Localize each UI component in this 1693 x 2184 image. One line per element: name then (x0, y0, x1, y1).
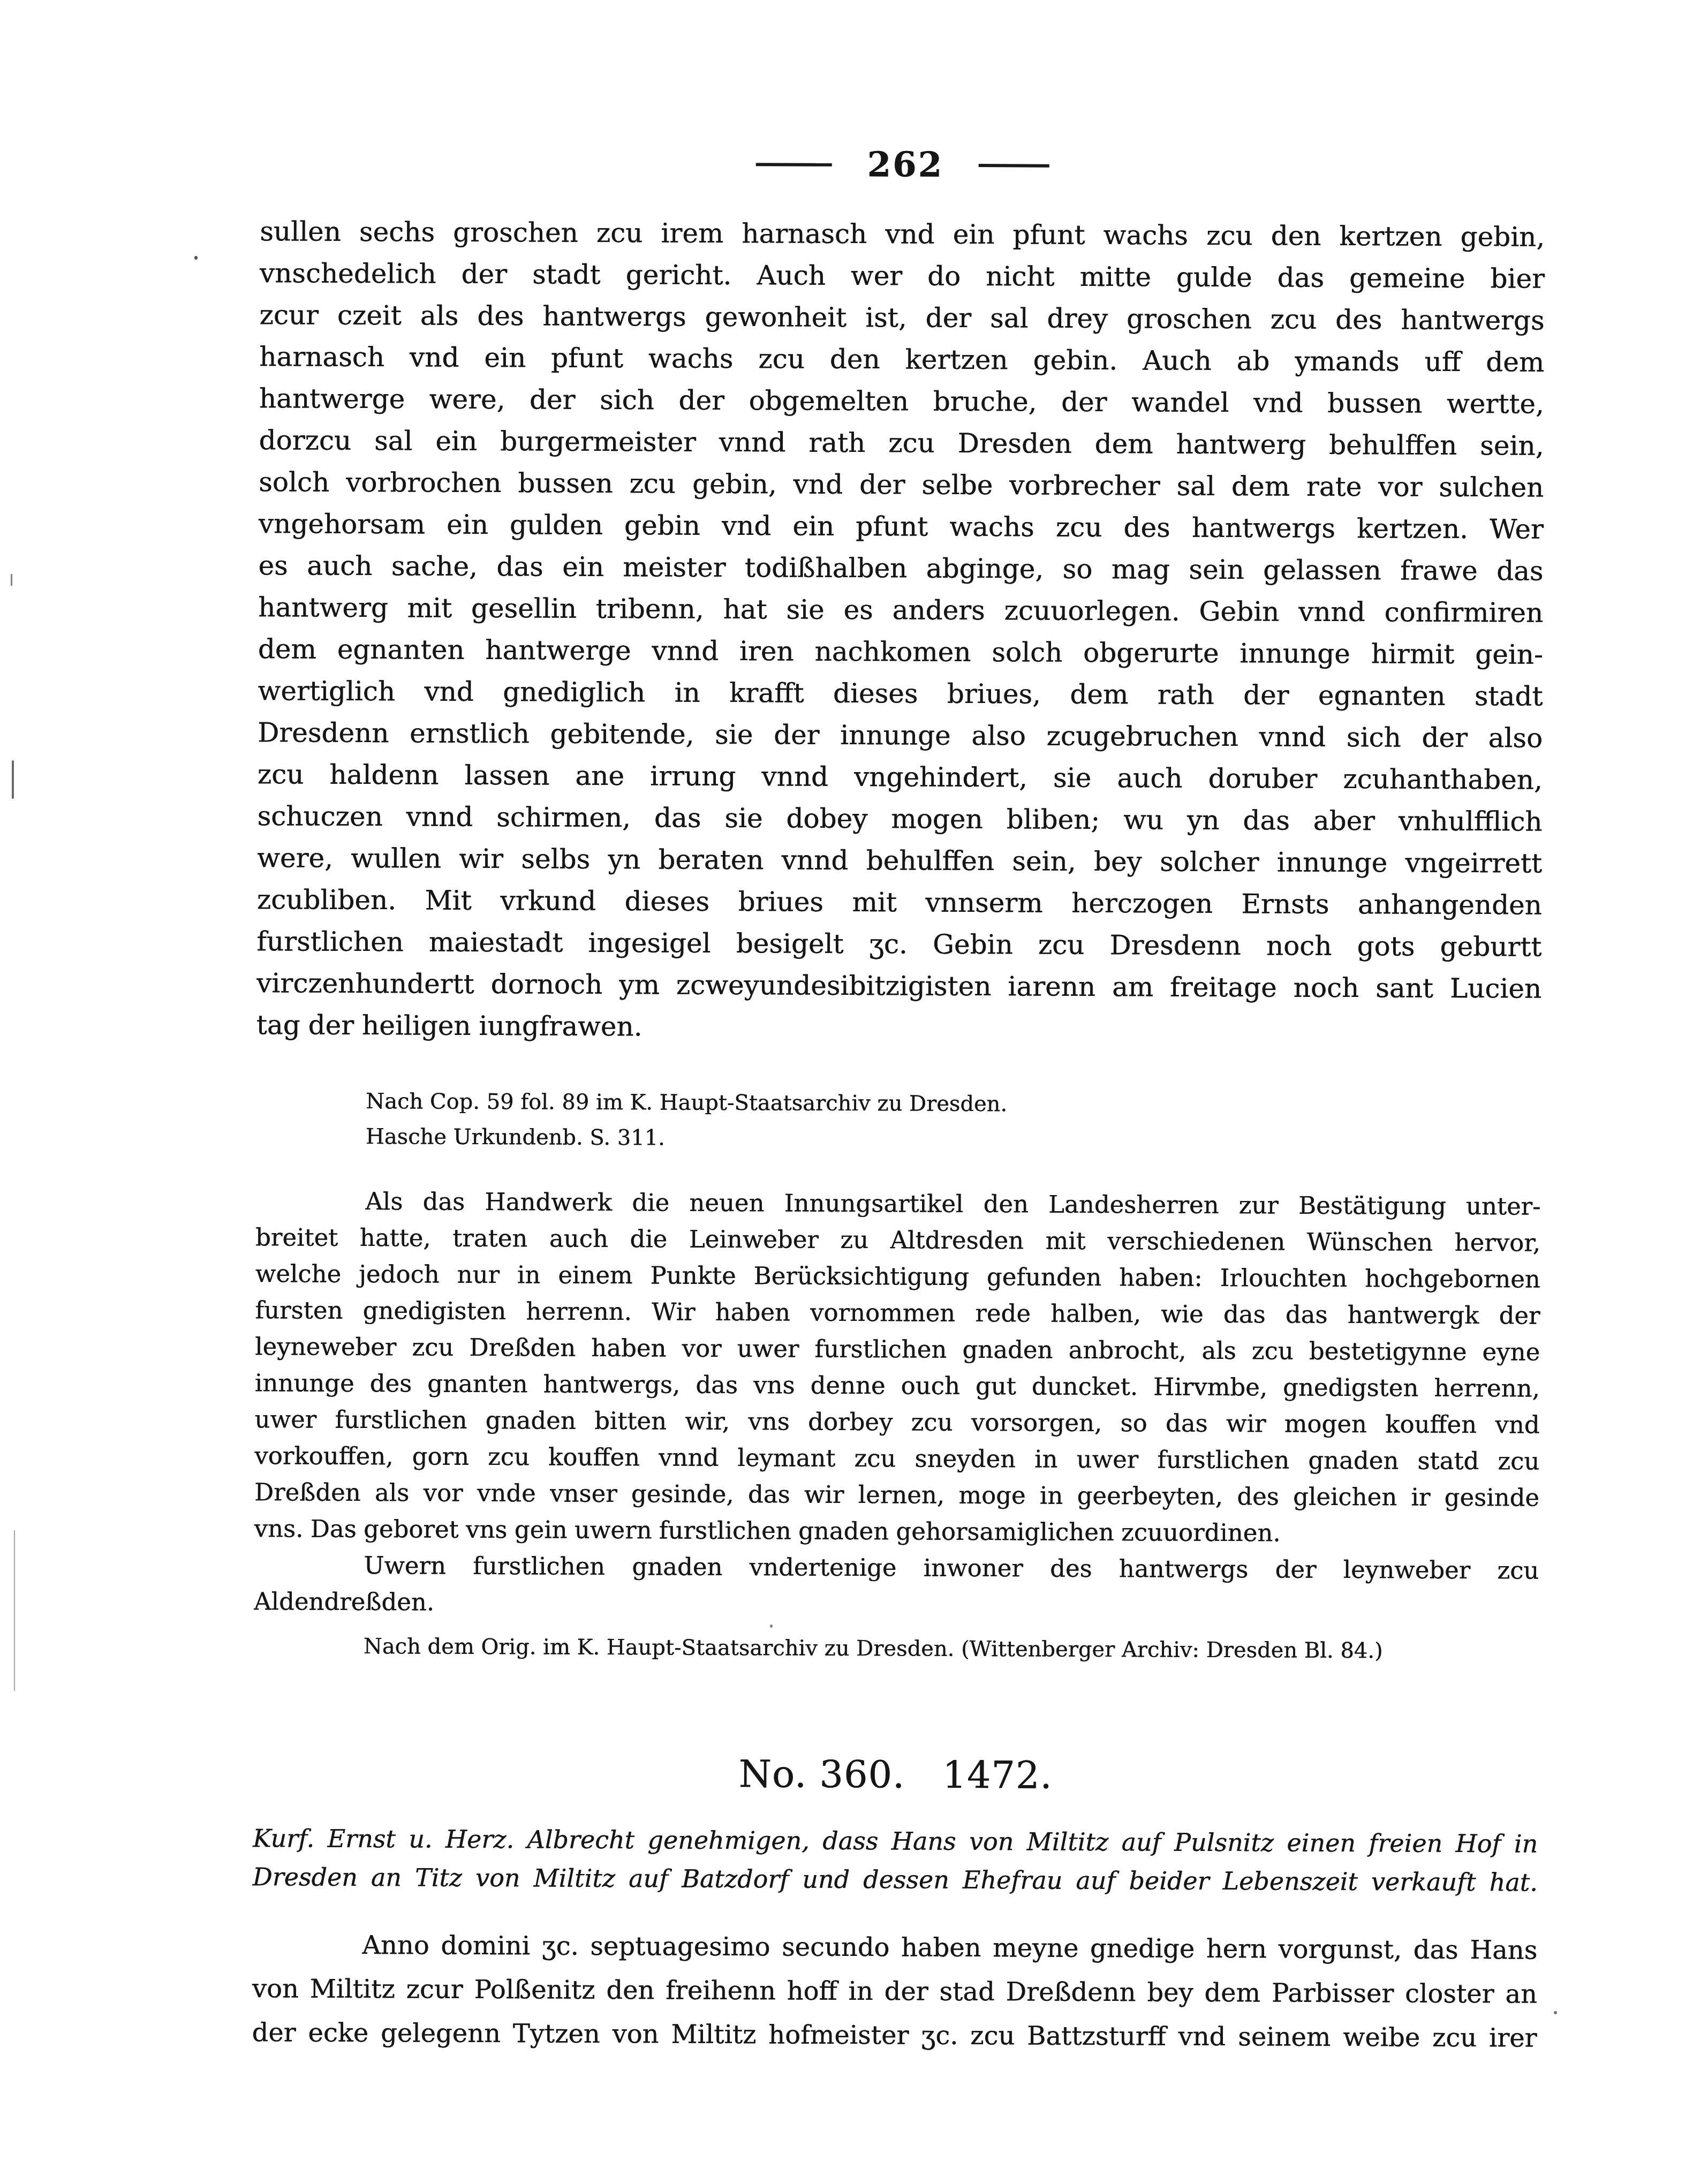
text-line: welche jedoch nur in einem Punkte Berück… (255, 1256, 1540, 1297)
header-rule-right (979, 164, 1049, 168)
text-line: uwer furstlichen gnaden bitten wir, vns … (254, 1401, 1539, 1443)
entry-summary-italic: Kurf. Ernst u. Herz. Albrecht genehmigen… (253, 1819, 1538, 1901)
scan-artifact (1554, 2011, 1557, 2014)
source-citation-line: Nach dem Orig. im K. Haupt-Staatsarchiv … (364, 1629, 1649, 1669)
text-line: breitet hatte, traten auch die Leinweber… (255, 1219, 1540, 1261)
scanned-book-page: 262 sullen sechs groschen zcu irem harna… (0, 0, 1693, 2184)
page-content: 262 sullen sechs groschen zcu irem harna… (0, 0, 1693, 2184)
source-citation-line: Hasche Urkundenb. S. 311. (366, 1119, 1651, 1160)
scan-artifact (194, 256, 198, 260)
text-line: leyneweber zcu Dreßden haben vor uwer fu… (255, 1328, 1540, 1370)
text-line: Dresdenn ernstlich gebitende, sie der in… (258, 712, 1543, 759)
text-line: innunge des gnanten hantwergs, das vns d… (255, 1365, 1540, 1407)
scan-artifact (770, 1624, 773, 1628)
text-line: vngehorsam ein gulden gebin vnd ein pfun… (259, 503, 1544, 550)
text-line: dorzcu sal ein burgermeister vnnd rath z… (259, 419, 1544, 466)
source-citation-block: Nach dem Orig. im K. Haupt-Staatsarchiv … (254, 1628, 1649, 1669)
entry-heading: No. 360.1472. (253, 1749, 1538, 1800)
text-line: tag der heiligen iungfrawen. (256, 1004, 1541, 1051)
text-line: zcu haldenn lassen ane irrung vnnd vngeh… (258, 753, 1543, 800)
page-header: 262 (260, 145, 1545, 185)
scan-artifact (12, 760, 14, 799)
text-line: dem egnanten hantwerge vnnd iren nachkom… (258, 628, 1543, 675)
source-citation-block: Nach Cop. 59 fol. 89 im K. Haupt-Staatsa… (256, 1083, 1651, 1160)
text-line: were, wullen wir selbs yn beraten vnnd b… (257, 837, 1542, 884)
document-360-body-text: Anno domini ʒc. septuagesimo secundo hab… (252, 1923, 1537, 2060)
petition-closing-paragraph: Uwern furstlichen gnaden vndertenige inw… (254, 1547, 1539, 1625)
text-line: der ecke gelegenn Tytzen von Miltitz hof… (252, 2011, 1537, 2060)
text-line: Dreßden als vor vnde vnser gesinde, das … (254, 1474, 1539, 1516)
text-line: zcur czeit als des hantwergs gewonheit i… (259, 294, 1544, 341)
text-line: Uwern furstlichen gnaden vndertenige inw… (254, 1547, 1539, 1589)
text-line: sullen sechs groschen zcu irem harnasch … (260, 210, 1545, 258)
text-line: hantwerge were, der sich der obgemelten … (259, 377, 1544, 425)
document-359-body-text: sullen sechs groschen zcu irem harnasch … (256, 210, 1545, 1051)
commentary-paragraph: Als das Handwerk die neuen Innungsartike… (254, 1183, 1541, 1552)
text-line: fursten gnedigisten herrenn. Wir haben v… (255, 1292, 1540, 1334)
text-line: wertiglich vnd gnediglich in krafft dies… (258, 670, 1543, 717)
text-line: von Miltitz zcur Polßenitz den freihenn … (252, 1967, 1537, 2016)
text-line: furstlichen maiestadt ingesigel besigelt… (256, 920, 1541, 968)
entry-year: 1472. (942, 1753, 1053, 1797)
text-line: harnasch vnd ein pfunt wachs zcu den ker… (259, 336, 1544, 383)
text-line: schuczen vnnd schirmen, das sie dobey mo… (257, 795, 1542, 842)
text-line: Anno domini ʒc. septuagesimo secundo hab… (252, 1923, 1537, 1972)
text-line: vorkouffen, gorn zcu kouffen vnnd leyman… (254, 1438, 1539, 1479)
text-line: zcubliben. Mit vrkund dieses briues mit … (257, 879, 1542, 926)
text-line: vnschedelich der stadt gericht. Auch wer… (260, 252, 1545, 299)
entry-number: No. 360. (739, 1752, 905, 1796)
text-line: vns. Das geboret vns gein uwern furstlic… (254, 1510, 1539, 1552)
text-line: Kurf. Ernst u. Herz. Albrecht genehmigen… (253, 1819, 1538, 1863)
text-line: solch vorbrochen bussen zcu gebin, vnd d… (259, 461, 1544, 508)
text-line: Aldendreßden. (254, 1583, 1539, 1625)
text-line: es auch sache, das ein meister todißhalb… (258, 545, 1543, 592)
text-line: hantwerg mit gesellin tribenn, hat sie e… (258, 586, 1543, 633)
header-rule-left (755, 163, 832, 167)
source-citation-line: Nach Cop. 59 fol. 89 im K. Haupt-Staatsa… (366, 1084, 1651, 1124)
scan-artifact (14, 1530, 15, 1691)
page-number: 262 (867, 148, 943, 183)
text-line: virczenhundertt dornoch ym zcweyundesibi… (256, 962, 1541, 1009)
text-line: Dresden an Titz von Miltitz auf Batzdorf… (253, 1857, 1538, 1901)
text-line: Als das Handwerk die neuen Innungsartike… (255, 1183, 1540, 1225)
scan-artifact (11, 574, 12, 586)
